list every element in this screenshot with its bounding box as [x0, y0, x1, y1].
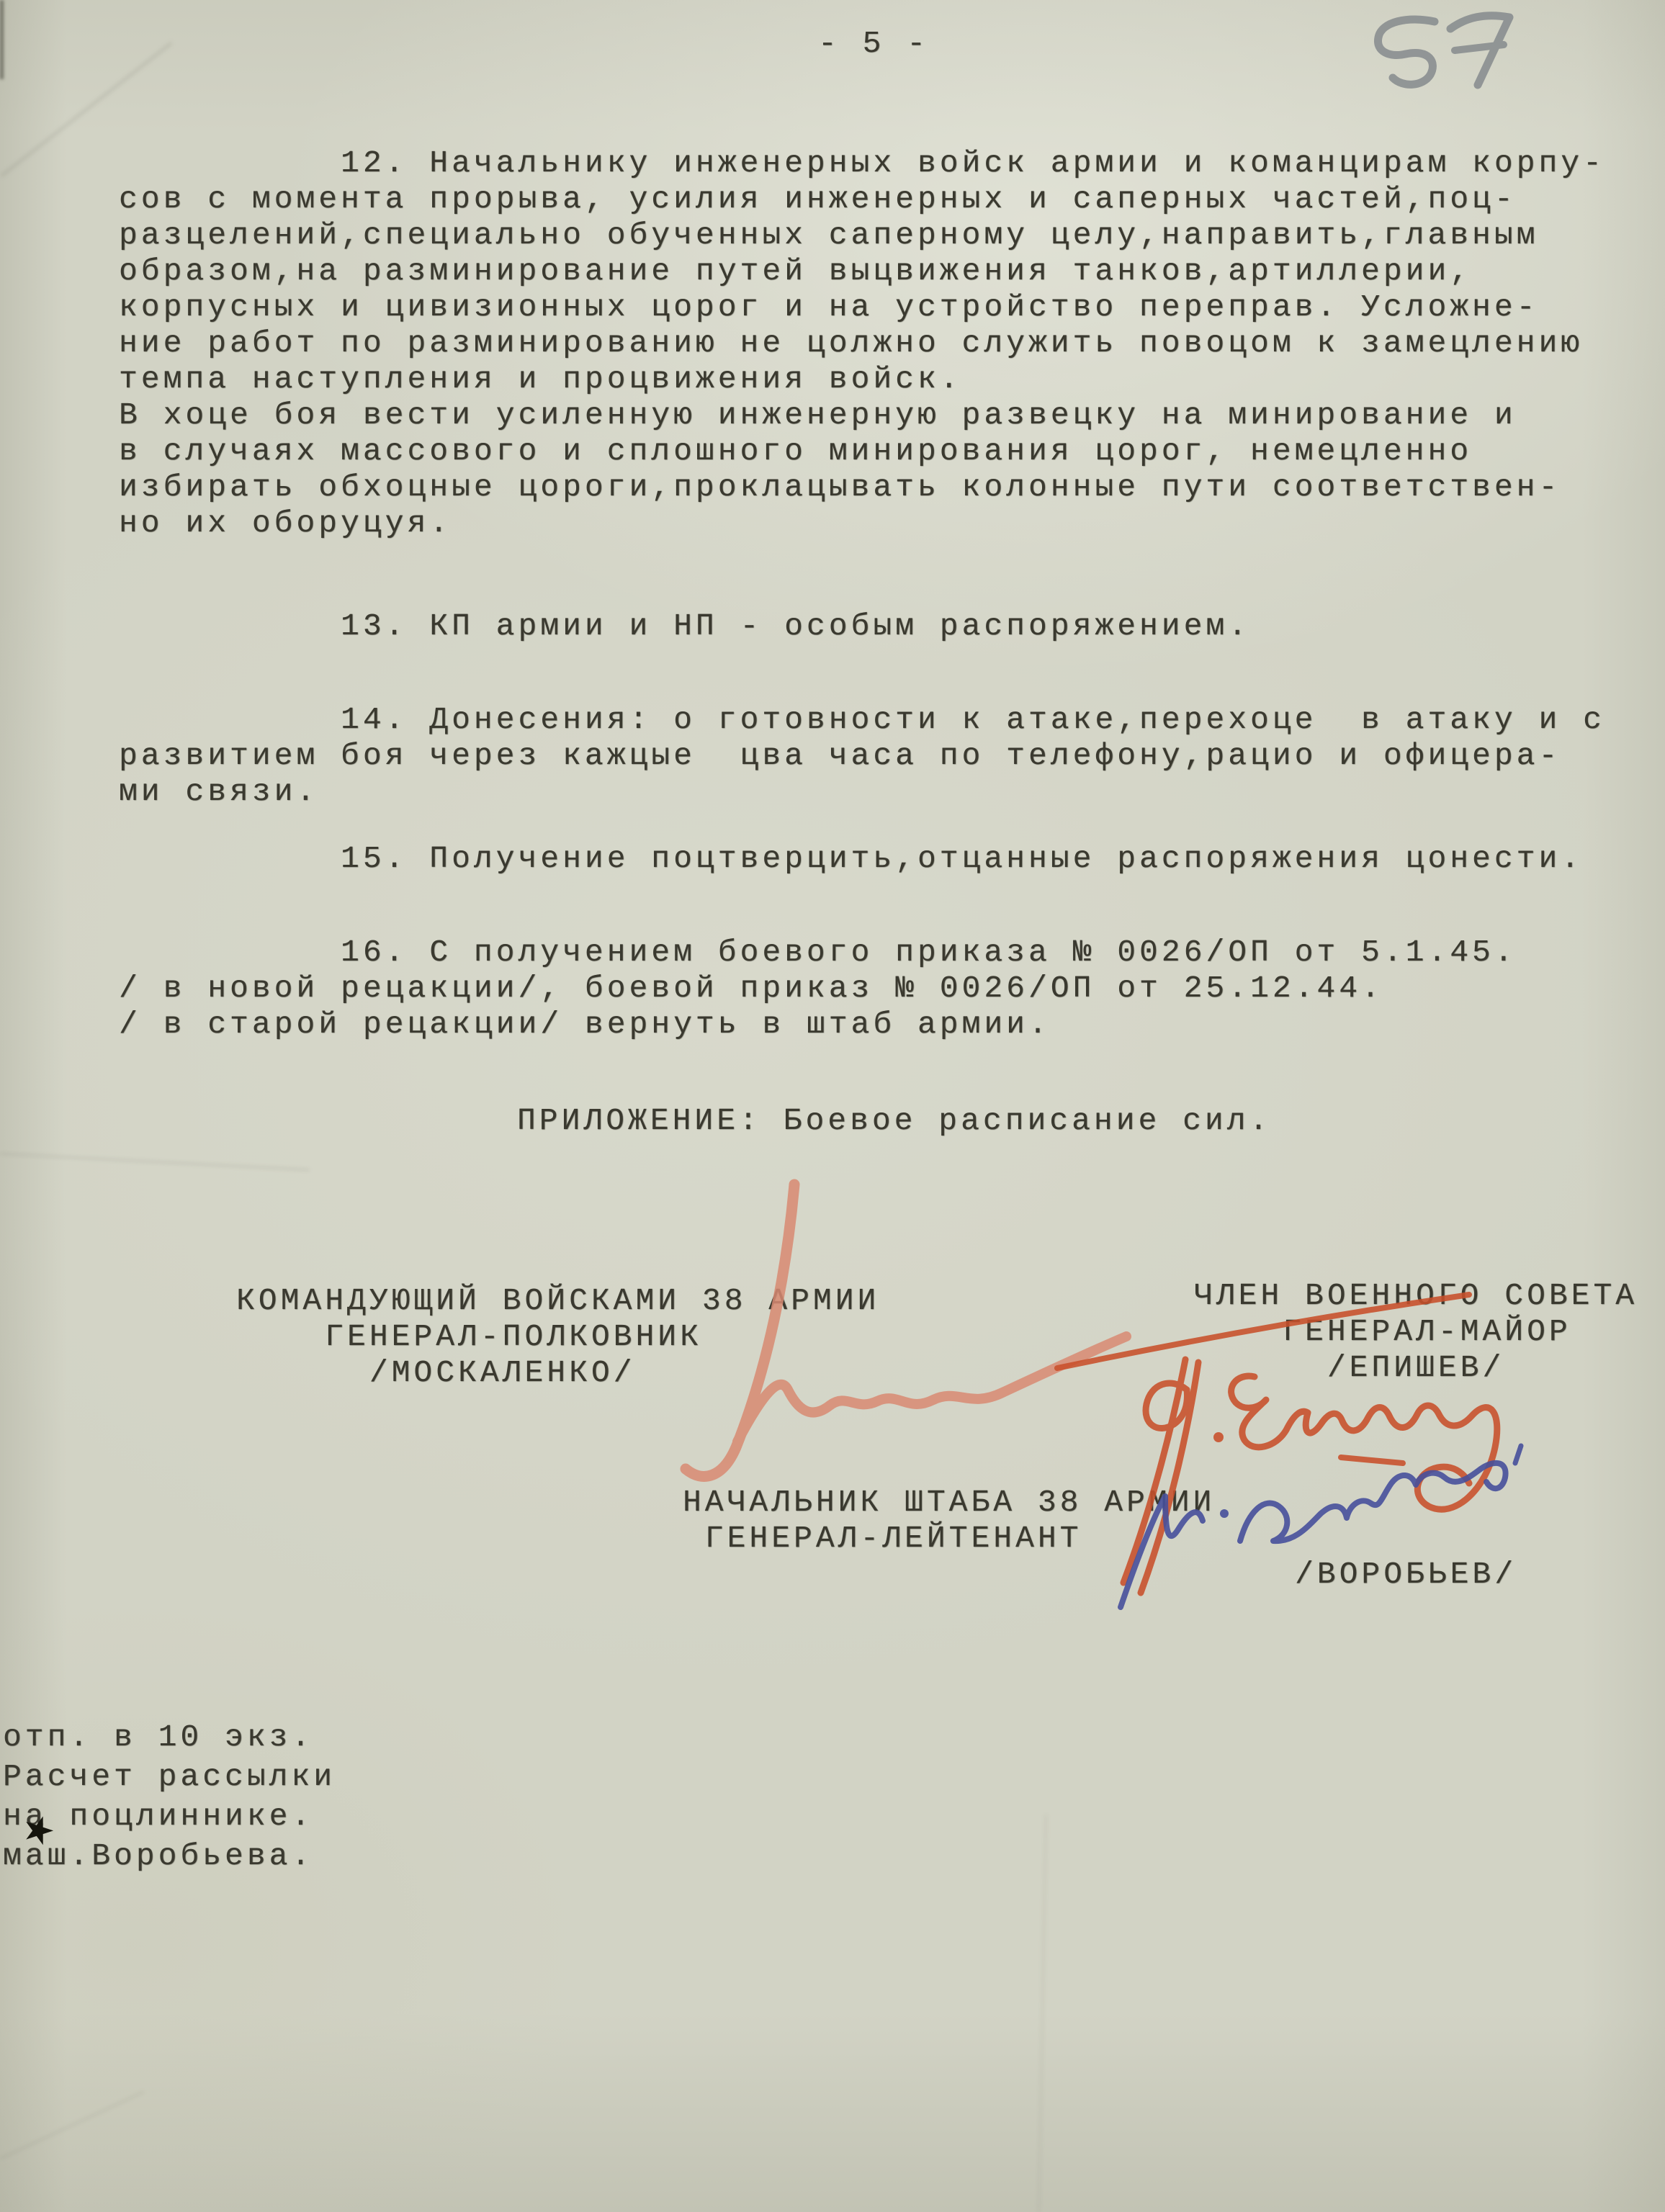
handwritten-page-number-57 — [1378, 16, 1509, 85]
page-number: - 5 - — [818, 26, 929, 62]
paragraph-13: 13. КП армии и НП - особым распоряжением… — [119, 608, 1250, 644]
typist-footer-note: отп. в 10 экз. Расчет рассылки на поцлин… — [3, 1717, 336, 1876]
pencil-digit-7 — [1450, 16, 1509, 85]
pencil-digit-5 — [1378, 19, 1435, 84]
paragraph-15: 15. Получение поцтверцить,отцанные распо… — [119, 841, 1583, 877]
left-edge-shadow — [0, 0, 4, 79]
crease-left-middle — [0, 1153, 310, 1172]
epishev-initial-dot — [1213, 1432, 1224, 1442]
vorobyev-apostrophe — [1515, 1446, 1521, 1463]
vorobyev-surname-stroke — [1240, 1463, 1506, 1541]
council-member-signature-block: ЧЛЕН ВОЕННОГО СОВЕТА ГЕНЕРАЛ-МАЙОР /ЕПИШ… — [1194, 1278, 1638, 1386]
commander-signature-block: КОМАНДУЮЩИЙ ВОЙСКАМИ 38 АРМИИ ГЕНЕРАЛ-ПО… — [236, 1283, 879, 1391]
epishev-descender-2 — [1141, 1362, 1198, 1593]
attachment-line: ПРИЛОЖЕНИЕ: Боевое расписание сил. — [517, 1103, 1271, 1139]
crease-bottom-left — [0, 2091, 144, 2160]
chief-of-staff-name: /ВОРОБЬЕВ/ — [1295, 1557, 1517, 1593]
paragraph-16: 16. С получением боевого приказа № 0026/… — [119, 935, 1660, 1043]
crease-bottom-vertical — [1038, 1815, 1047, 2212]
epishev-surname-stroke — [1231, 1376, 1497, 1509]
epishev-underline — [1341, 1457, 1403, 1463]
scanned-document-page: - 5 - 12. Начальнику инженерных войск ар… — [0, 0, 1665, 2212]
paragraph-12: 12. Начальнику инженерных войск армии и … — [119, 145, 1660, 541]
vorobyev-initial-dot — [1220, 1509, 1229, 1518]
chief-of-staff-signature-block: НАЧАЛЬНИК ШТАБА 38 АРМИИ ГЕНЕРАЛ-ЛЕЙТЕНА… — [683, 1485, 1215, 1557]
epishev-initial-loop — [1146, 1383, 1187, 1429]
pencil-digit-7-bar — [1455, 45, 1504, 50]
paragraph-14: 14. Донесения: о готовности к атаке,пере… — [119, 702, 1660, 810]
